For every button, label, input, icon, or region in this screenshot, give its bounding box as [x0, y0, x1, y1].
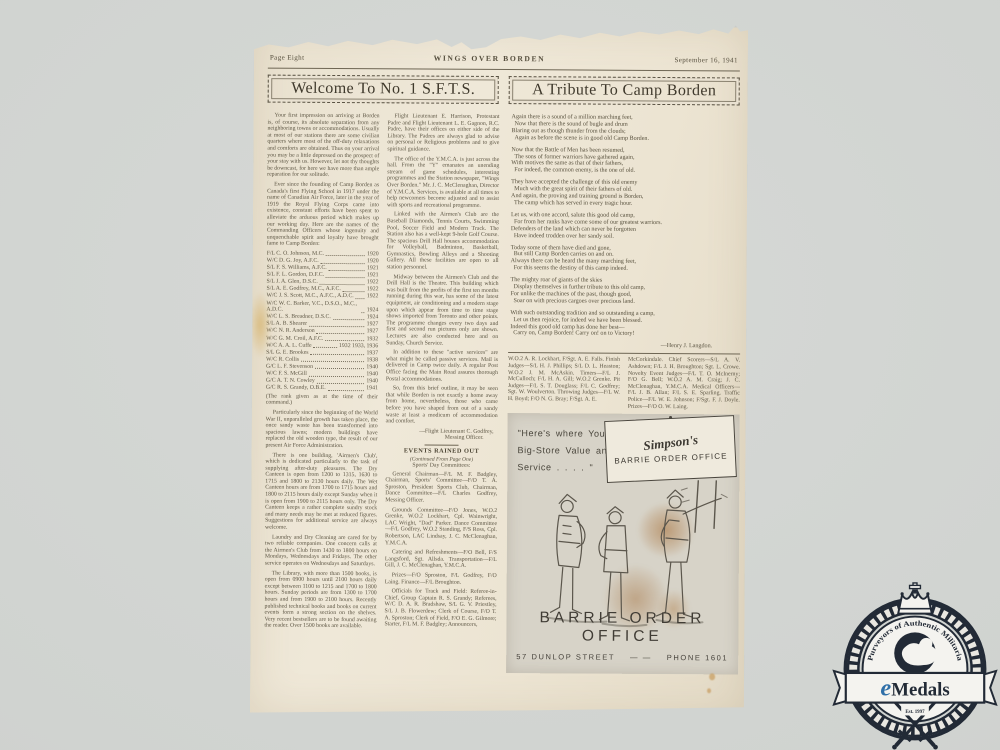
poem-stanza: Again there is a sound of a million marc…: [511, 114, 741, 143]
officer-row: W/C D. G. Joy, A.F.C. 1920: [267, 258, 379, 265]
officer-row: S/L G. E. Brookes 1937: [266, 349, 378, 356]
dot-leader: [317, 333, 365, 334]
poem-stanza: Now that the Battle of Men has been resu…: [511, 147, 741, 176]
officer-row: G/C A. T. N. Cowley 1940: [266, 378, 378, 385]
officer-year: 1922: [367, 279, 379, 286]
poem-stanza: Let us, with one accord, salute this goo…: [511, 212, 741, 241]
paragraph: Midway between the Airmen's Club and the…: [386, 274, 498, 347]
dot-leader: [309, 375, 364, 376]
officer-name: S/L A. E. Godfrey, M.C., A.F.C.: [266, 286, 340, 293]
officer-name: W/C R. Collis: [266, 356, 299, 363]
officer-row: W/C G. M. Croil, A.F.C. 1932: [266, 335, 378, 342]
officer-name: W/C A. A. L. Cuffe: [266, 342, 312, 349]
welcome-article-columns: Your first impression on arriving at Bor…: [264, 113, 500, 690]
officer-name: W/C F. S. McGill: [266, 371, 307, 378]
officer-row: S/L F. S. Williams, A.F.C. 1921: [267, 265, 379, 272]
officer-row: W/C F. S. McGill 1940: [266, 371, 378, 378]
poem-stanza: Today some of them have died and gone, B…: [511, 245, 741, 274]
officer-row: G/C R. S. Grandy, O.B.E. 1941: [266, 385, 378, 392]
officer-row: W/C R. Collis 1938: [266, 356, 378, 363]
simpsons-advertisement: "Here's where You getBig-Store Value and…: [506, 413, 740, 674]
officer-name: G/C R. S. Grandy, O.B.E.: [266, 385, 326, 392]
ad-phone: PHONE 1601: [667, 653, 729, 662]
events-rained-out-heading: EVENTS RAINED OUT: [385, 448, 497, 455]
officer-name: W/C N. R. Anderson: [266, 328, 315, 335]
headline-left-text: Welcome To No. 1 S.F.T.S.: [291, 80, 475, 99]
dot-leader: [321, 262, 365, 263]
page-header: Page Eight WINGS OVER BORDEN September 1…: [270, 53, 738, 65]
officer-year: 1927: [367, 322, 379, 329]
article-column-2: Flight Lieutenant E. Harrison, Protestan…: [384, 113, 500, 690]
crown-icon: [898, 583, 932, 614]
ad-footer: 57 DUNLOP STREET — — PHONE 1601: [516, 652, 728, 662]
officer-row: G/C L. F. Stevenson 1940: [266, 363, 378, 370]
poem-stanza: They have accepted the challenge of this…: [511, 179, 741, 208]
paragraph: Ever since the founding of Camp Borden a…: [267, 182, 379, 249]
poem-byline: —Henry J. Langdon.: [508, 342, 740, 349]
officer-year: 1932: [367, 336, 379, 343]
officer-name: S/L A. B. Shearer: [266, 321, 307, 328]
dot-leader: [361, 312, 364, 313]
article-column-1: Your first impression on arriving at Bor…: [264, 113, 380, 690]
dot-leader: [315, 368, 364, 369]
emedals-brand-text: eMedals: [880, 675, 949, 702]
officer-year: 1940: [366, 378, 378, 385]
poem-stanza: The mighty roar of giants of the skies D…: [510, 277, 740, 306]
officials-continued: W.O.2 A. R. Lockhart, F/Sgt. A. E. Falls…: [508, 356, 740, 410]
newspaper-page: Page Eight WINGS OVER BORDEN September 1…: [250, 24, 748, 715]
paragraph: There is one building, 'Airmen's Club', …: [265, 452, 377, 532]
emedals-banner: eMedals: [834, 671, 996, 705]
intro-paragraphs: Your first impression on arriving at Bor…: [267, 113, 380, 249]
emedals-watermark-seal: Purveyors of Authentic Militaria: [826, 578, 1000, 750]
officer-year: 1920: [367, 258, 379, 265]
paragraph: Flight Lieutenant E. Harrison, Protestan…: [387, 113, 499, 153]
headline-welcome-sfts: Welcome To No. 1 S.F.T.S.: [268, 75, 499, 104]
poem-stanza: With such outstanding tradition and so o…: [510, 310, 740, 339]
officer-name: W/C G. M. Croil, A.F.C.: [266, 335, 323, 342]
established-text: Est. 1997: [905, 710, 925, 715]
officer-name: S/L F. L. Gordon, D.F.C.: [267, 272, 325, 279]
officer-name: W/C J. S. Scott, M.C., A.F.C., A.D.C.: [266, 293, 353, 300]
officer-year: 1940: [366, 364, 378, 371]
dot-leader: [326, 255, 365, 256]
paragraph: In addition to these "active services" a…: [386, 349, 498, 383]
paragraph: General Chairman—F/L M. F. Badgley, Chai…: [385, 471, 497, 505]
officer-year: 1941: [366, 385, 378, 392]
ad-dashes: — —: [630, 653, 652, 662]
officer-year: 1927: [367, 329, 379, 336]
officer-name: W/C W. C. Barker, V.C., D.S.O., M.C., A.…: [266, 300, 359, 314]
headline-row: Welcome To No. 1 S.F.T.S. A Tribute To C…: [268, 75, 740, 106]
officials-right-column: McCorkindale. Chief Scorers—S/L A. V. As…: [628, 357, 740, 410]
officers-note: (The rank given as at the time of their …: [266, 393, 378, 407]
officer-year: 1921: [367, 265, 379, 272]
officer-year: 1937: [366, 350, 378, 357]
dot-leader: [333, 319, 365, 320]
headline-right-text: A Tribute To Camp Borden: [532, 81, 716, 100]
dot-leader: [329, 270, 365, 271]
officer-year: 1922: [367, 294, 379, 301]
column1-paragraphs: Particularly since the beginning of the …: [264, 410, 377, 631]
paper-stain-dot: [709, 673, 715, 680]
officer-row: W/C N. R. Anderson 1927: [266, 328, 378, 335]
officials-left-column: W.O.2 A. R. Lockhart, F/Sgt. A. E. Falls…: [508, 356, 620, 409]
officer-year: 1932 1933, 1936: [339, 343, 378, 350]
dot-leader: [309, 326, 365, 327]
officer-year: 1938: [366, 357, 378, 364]
dot-leader: [320, 284, 365, 285]
events-paragraphs: General Chairman—F/L M. F. Badgley, Chai…: [384, 471, 497, 629]
paragraph: Prizes—F/O Sproston, F/L Godfrey, F/O La…: [385, 572, 497, 586]
paragraph: So, from this brief outline, it may be s…: [386, 385, 498, 425]
ad-address: 57 DUNLOP STREET: [516, 652, 615, 662]
photo-background: Page Eight WINGS OVER BORDEN September 1…: [0, 0, 1000, 750]
paper-stain-dot: [707, 688, 711, 693]
section-ornament: [425, 444, 459, 445]
officer-row: F/L C. O. Johnson, M.C. 1920: [267, 250, 379, 257]
officer-year: 1924: [367, 314, 379, 321]
masthead-title: WINGS OVER BORDEN: [434, 54, 546, 64]
dot-leader: [356, 298, 365, 299]
paragraph: Laundry and Dry Cleaning are cared for b…: [265, 534, 377, 568]
paragraph: Grounds Committee—F/O Jones, W.O.2 Grenk…: [385, 507, 497, 547]
officer-year: 1921: [367, 272, 379, 279]
paragraph: Your first impression on arriving at Bor…: [267, 113, 379, 180]
paragraph: Linked with the Airmen's Club are the Ba…: [387, 212, 499, 272]
page-body: Your first impression on arriving at Bor…: [264, 113, 740, 692]
dot-leader: [314, 347, 337, 348]
header-rule: [268, 68, 740, 72]
paragraph: The Library, with more than 1500 books, …: [264, 570, 376, 630]
dot-leader: [301, 361, 364, 362]
paragraph: The office of the Y.M.C.A. is just acros…: [387, 156, 499, 209]
officer-name: S/L G. E. Brookes: [266, 349, 309, 356]
ad-title-barrie-order-office: BARRIE ORDER OFFICE: [506, 609, 738, 646]
dot-leader: [311, 354, 365, 355]
officer-name: G/C L. F. Stevenson: [266, 363, 313, 370]
headline-tribute-camp-borden: A Tribute To Camp Borden: [509, 76, 740, 105]
officer-row: S/L F. L. Gordon, D.F.C. 1921: [267, 272, 379, 279]
sign-office-label: BARRIE ORDER OFFICE: [614, 452, 728, 466]
officer-name: S/L F. S. Williams, A.F.C.: [267, 265, 327, 272]
simpsons-signature: Simpson's: [642, 432, 698, 454]
tribute-poem: Again there is a sound of a million marc…: [508, 114, 741, 339]
dot-leader: [317, 383, 365, 384]
officer-name: G/C A. T. N. Cowley: [266, 378, 315, 385]
officer-year: 1920: [367, 251, 379, 258]
commanding-officers-list: F/L C. O. Johnson, M.C. 1920 W/C D. G. J…: [266, 250, 379, 392]
officer-year: 1924: [367, 307, 379, 314]
page-number: Page Eight: [270, 54, 305, 62]
simpsons-sign: Simpson's BARRIE ORDER OFFICE: [604, 415, 737, 483]
officer-row: W/C W. C. Barker, V.C., D.S.O., M.C., A.…: [266, 300, 378, 314]
officer-name: F/L C. O. Johnson, M.C.: [267, 250, 324, 257]
dot-leader: [343, 291, 365, 292]
dot-leader: [326, 277, 365, 278]
officer-row: S/L A. E. Godfrey, M.C., A.F.C. 1922: [266, 286, 378, 293]
officer-year: 1922: [367, 287, 379, 294]
committees-subheading: Sports' Day Committees:: [385, 462, 497, 469]
officer-row: S/L A. B. Shearer 1927: [266, 321, 378, 328]
officer-row: W/C L. S. Breadner, D.S.C. 1924: [266, 314, 378, 321]
column-rule: [508, 352, 740, 354]
dot-leader: [325, 340, 364, 341]
officer-name: W/C L. S. Breadner, D.S.C.: [266, 314, 331, 321]
issue-date: September 16, 1941: [674, 56, 737, 64]
paragraph: Officials for Track and Field: Referee-i…: [384, 588, 496, 628]
officer-row: W/C J. S. Scott, M.C., A.F.C., A.D.C. 19…: [266, 293, 378, 300]
paragraph: Catering and Refreshments—F/O Bell, F/S …: [385, 550, 497, 570]
dot-leader: [328, 390, 365, 391]
officer-row: W/C A. A. L. Cuffe 1932 1933, 1936: [266, 342, 378, 349]
paragraph: Particularly since the beginning of the …: [266, 410, 378, 450]
column2-paragraphs: Flight Lieutenant E. Harrison, Protestan…: [386, 113, 500, 425]
godfrey-byline-title: Messing Officer.: [386, 435, 498, 442]
tribute-article-column: Again there is a sound of a million marc…: [506, 114, 742, 691]
officer-year: 1940: [366, 371, 378, 378]
officer-name: W/C D. G. Joy, A.F.C.: [267, 258, 319, 265]
